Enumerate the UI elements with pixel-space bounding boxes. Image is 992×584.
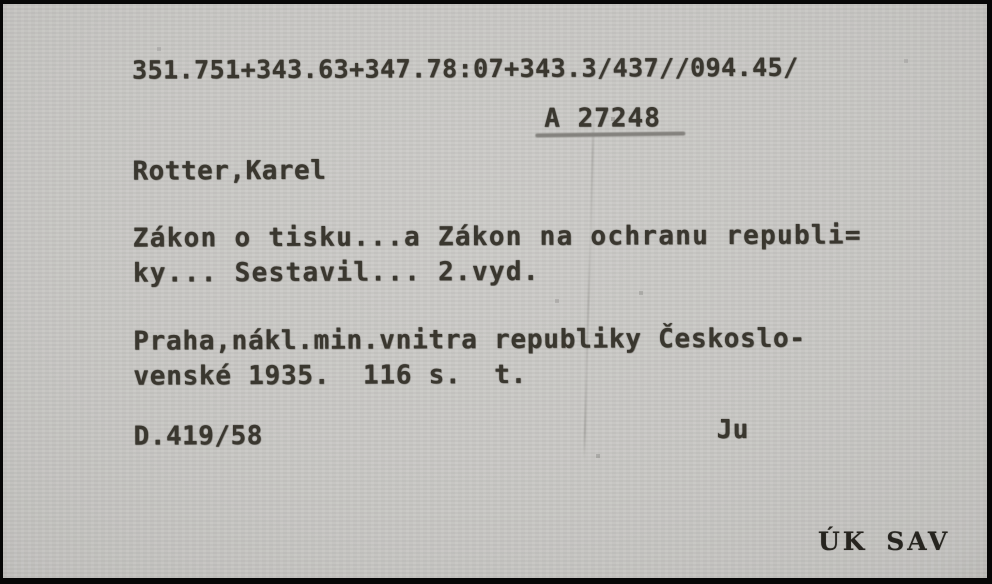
typewritten-text-layer: 351.751+343.63+347.78:07+343.3/437//094.…	[0, 0, 992, 584]
title-line-2: ky... Sestavil... 2.vyd.	[133, 257, 540, 289]
title-line-1: Zákon o tisku...a Zákon na ochranu repub…	[133, 220, 862, 253]
call-number: D.419/58	[134, 421, 263, 452]
library-stamp: ÚK SAV	[818, 527, 950, 556]
imprint-line-2: venské 1935. 116 s. t.	[133, 360, 527, 392]
shelf-mark-underline	[535, 132, 685, 138]
cataloger-initials: Ju	[717, 415, 749, 445]
shelf-mark: A 27248	[544, 103, 661, 134]
catalog-card: 351.751+343.63+347.78:07+343.3/437//094.…	[0, 0, 992, 584]
imprint-line-1: Praha,nákl.min.vnitra republiky Českoslo…	[133, 324, 806, 357]
author-line: Rotter,Karel	[132, 156, 326, 187]
udc-classification-line: 351.751+343.63+347.78:07+343.3/437//094.…	[132, 53, 799, 85]
